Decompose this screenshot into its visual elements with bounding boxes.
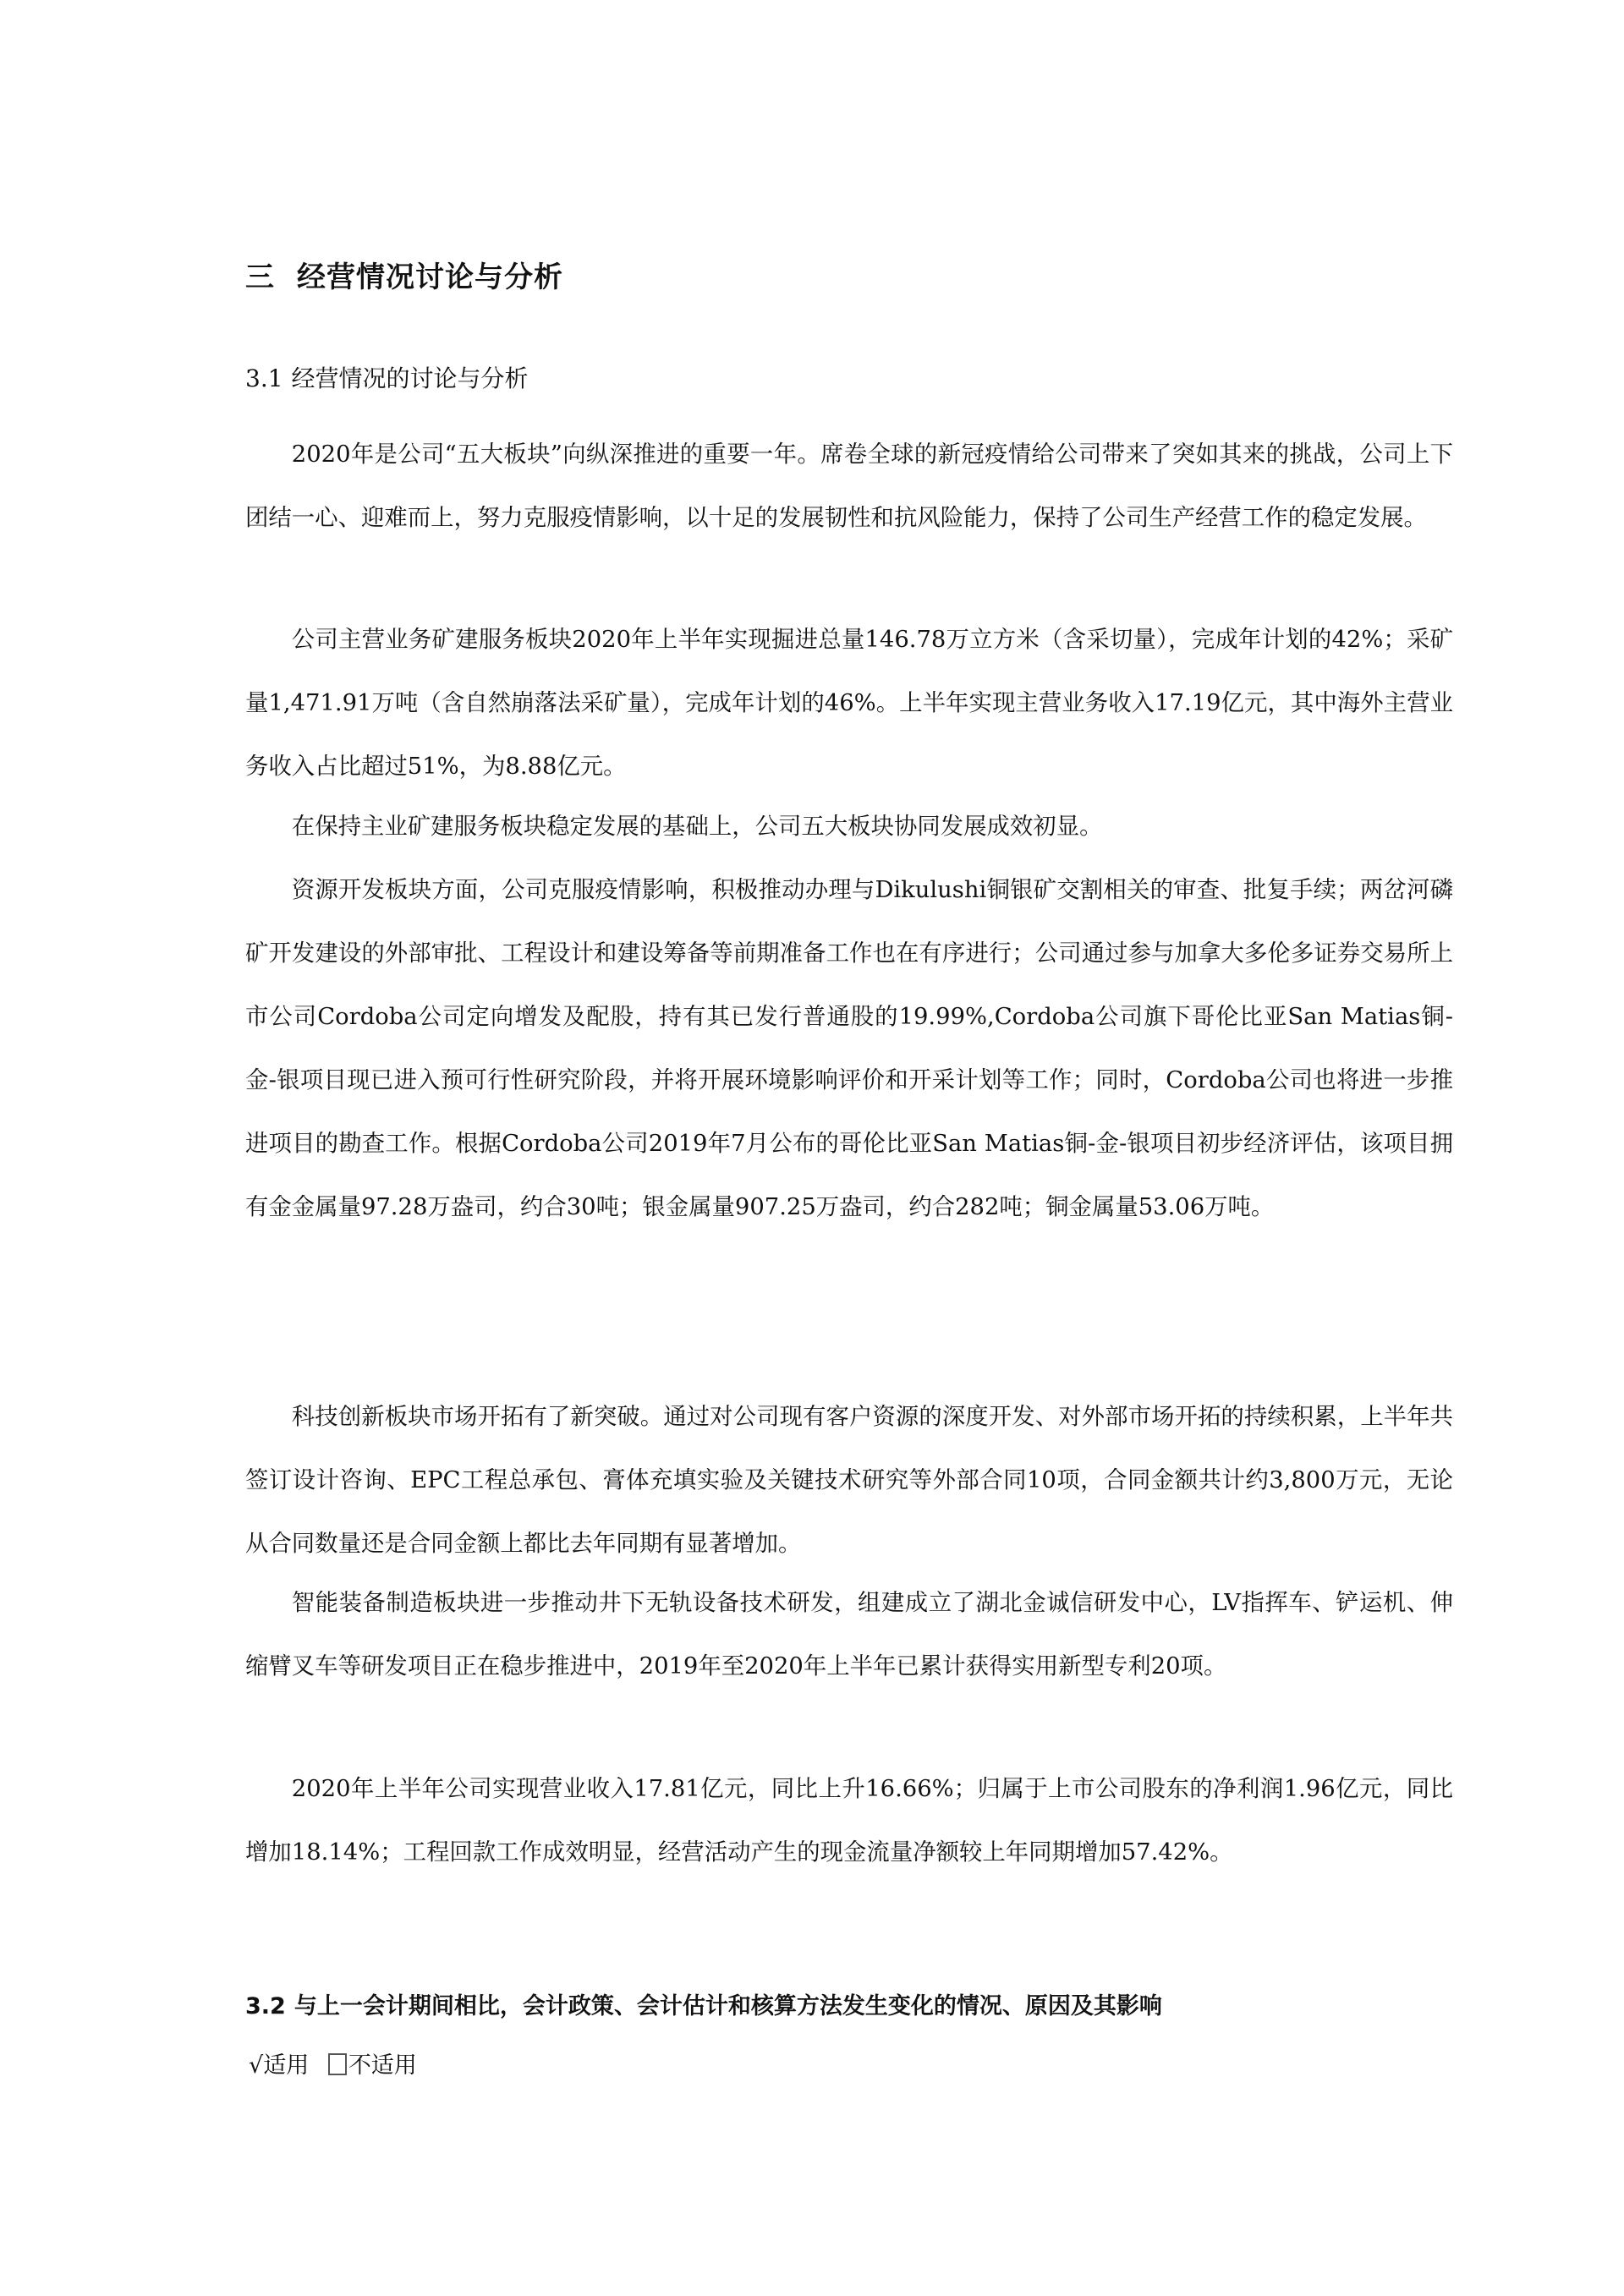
subsection-title: 与上一会计期间相比，会计政策、会计估计和核算方法发生变化的情况、原因及其影响	[294, 1993, 1162, 2019]
section-number: 三	[245, 260, 275, 294]
paragraph-five-segments: 在保持主业矿建服务板块稳定发展的基础上，公司五大板块协同发展成效初显。	[245, 795, 1453, 858]
applicability-options: √适用 不适用	[249, 2047, 429, 2080]
paragraph-resource-development: 资源开发板块方面，公司克服疫情影响，积极推动办理与Dikulushi铜银矿交割相…	[245, 858, 1453, 1239]
subsection-number: 3.1	[245, 364, 283, 392]
paragraph-smart-equipment: 智能装备制造板块进一步推动井下无轨设备技术研发，组建成立了湖北金诚信研发中心，L…	[245, 1571, 1453, 1698]
subsection-title: 经营情况的讨论与分析	[292, 364, 529, 392]
option-applicable-label: 适用	[263, 2052, 309, 2079]
option-applicable[interactable]: √适用	[249, 2047, 309, 2080]
empty-checkbox-icon	[328, 2053, 347, 2075]
checkmark-icon: √	[249, 2052, 263, 2079]
paragraph-mining-services: 公司主营业务矿建服务板块2020年上半年实现掘进总量146.78万立方米（含采切…	[245, 608, 1453, 798]
paragraph-tech-innovation: 科技创新板块市场开拓有了新突破。通过对公司现有客户资源的深度开发、对外部市场开拓…	[245, 1385, 1453, 1575]
section-title: 经营情况讨论与分析	[297, 260, 563, 294]
subsection-number: 3.2	[245, 1993, 286, 2019]
paragraph-financial-results: 2020年上半年公司实现营业收入17.81亿元，同比上升16.66%；归属于上市…	[245, 1757, 1453, 1884]
subsection-heading-3-1: 3.1经营情况的讨论与分析	[245, 360, 529, 394]
option-not-applicable-label: 不适用	[348, 2052, 417, 2079]
subsection-heading-3-2: 3.2与上一会计期间相比，会计政策、会计估计和核算方法发生变化的情况、原因及其影…	[245, 1987, 1162, 2020]
paragraph-overview: 2020年是公司“五大板块”向纵深推进的重要一年。席卷全球的新冠疫情给公司带来了…	[245, 423, 1453, 550]
option-not-applicable[interactable]: 不适用	[328, 2047, 417, 2080]
section-heading: 三经营情况讨论与分析	[245, 254, 563, 295]
